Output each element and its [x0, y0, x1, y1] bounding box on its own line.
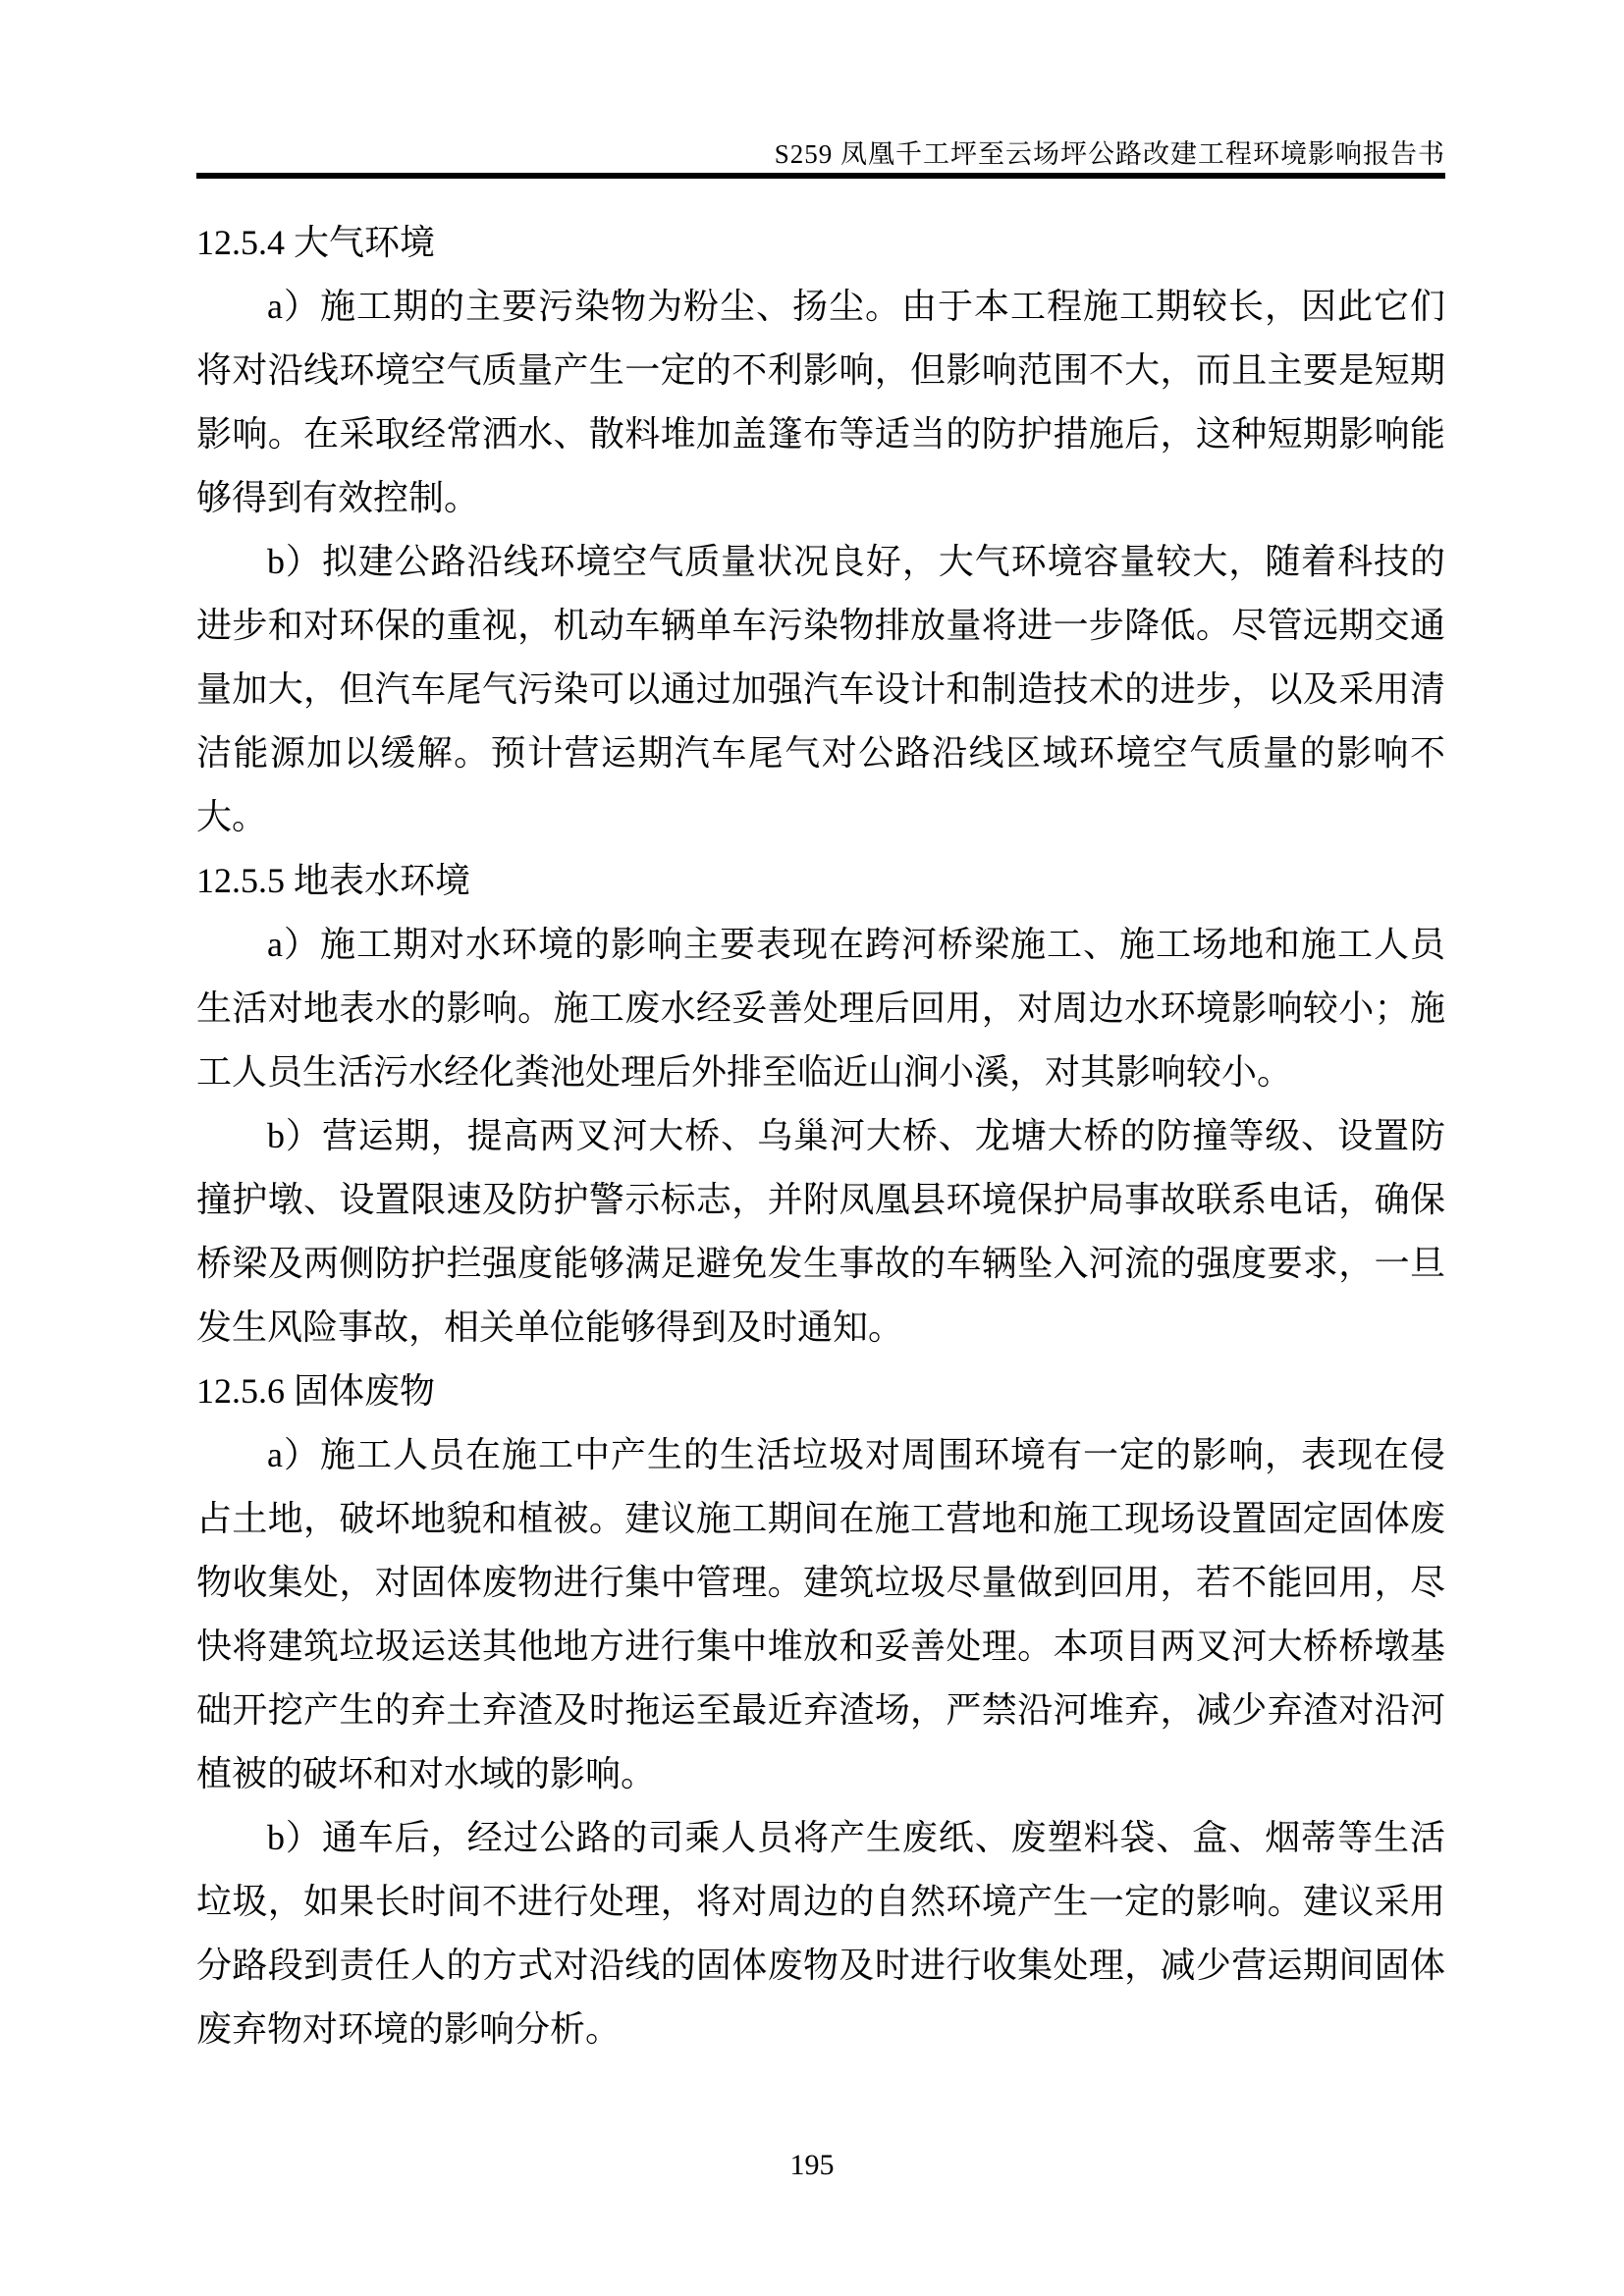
section-heading-12-5-4-air-environment: 12.5.4 大气环境 — [196, 211, 1445, 275]
paragraph-water-a: a）施工期对水环境的影响主要表现在跨河桥梁施工、施工场地和施工人员生活对地表水的… — [196, 913, 1445, 1104]
paragraph-air-a: a）施工期的主要污染物为粉尘、扬尘。由于本工程施工期较长，因此它们将对沿线环境空… — [196, 275, 1445, 530]
paragraph-solid-waste-a: a）施工人员在施工中产生的生活垃圾对周围环境有一定的影响，表现在侵占土地，破坏地… — [196, 1423, 1445, 1806]
section-heading-12-5-5-surface-water: 12.5.5 地表水环境 — [196, 849, 1445, 913]
paragraph-solid-waste-b: b）通车后，经过公路的司乘人员将产生废纸、废塑料袋、盒、烟蒂等生活垃圾，如果长时… — [196, 1806, 1445, 2061]
paragraph-water-b: b）营运期，提高两叉河大桥、乌巢河大桥、龙塘大桥的防撞等级、设置防撞护墩、设置限… — [196, 1104, 1445, 1360]
paragraph-air-b: b）拟建公路沿线环境空气质量状况良好，大气环境容量较大，随着科技的进步和对环保的… — [196, 530, 1445, 849]
report-header-title: S259 凤凰千工坪至云场坪公路改建工程环境影响报告书 — [196, 138, 1445, 170]
header-divider-rule — [196, 173, 1445, 179]
page-number: 195 — [0, 2148, 1624, 2183]
document-page: S259 凤凰千工坪至云场坪公路改建工程环境影响报告书 12.5.4 大气环境 … — [0, 0, 1624, 2296]
section-heading-12-5-6-solid-waste: 12.5.6 固体废物 — [196, 1360, 1445, 1423]
document-body: 12.5.4 大气环境 a）施工期的主要污染物为粉尘、扬尘。由于本工程施工期较长… — [196, 211, 1445, 2061]
